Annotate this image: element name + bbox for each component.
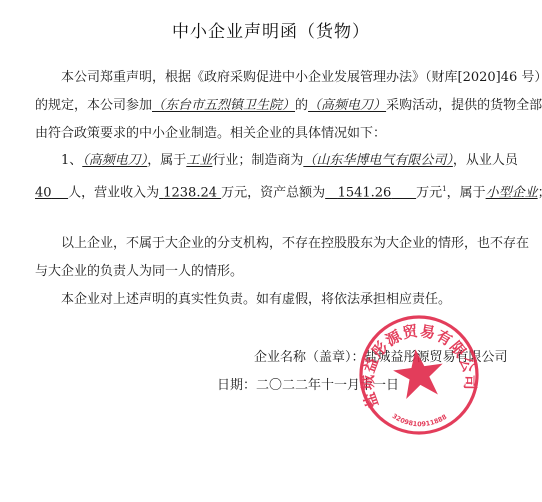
text: 人，营业收入为 bbox=[68, 185, 159, 200]
staff-count: 40 bbox=[35, 185, 68, 200]
assets: 1541.26 bbox=[325, 185, 416, 200]
revenue: 1238.24 bbox=[159, 185, 221, 200]
manufacturer: （山东华博电气有限公司） bbox=[303, 153, 453, 168]
paragraph1-line1: 本公司郑重声明，根据《政府采购促进中小企业发展管理办法》（财库[2020]46 … bbox=[61, 70, 542, 86]
text: 万元 bbox=[416, 185, 442, 200]
text: 的规定，本公司参加 bbox=[35, 98, 152, 113]
company-signature: 企业名称（盖章）：盐城益彤源贸易有限公司 bbox=[254, 350, 508, 366]
company-name: 盐城益彤源贸易有限公司 bbox=[365, 350, 508, 365]
paragraph1-line3: 由符合政策要求的中小企业制造。相关企业的具体情况如下： bbox=[35, 126, 386, 142]
text: ； bbox=[538, 185, 542, 200]
industry: 工业 bbox=[186, 153, 212, 168]
date-label: 日期： bbox=[217, 378, 256, 393]
text: ，属于 bbox=[147, 153, 186, 168]
enterprise-type: 小型企业 bbox=[486, 185, 538, 200]
paragraph1-line2: 的规定，本公司参加（东台市五烈镇卫生院）的（高频电刀）采购活动，提供的货物全部 bbox=[35, 98, 542, 114]
goods-name: （高频电刀） bbox=[82, 153, 147, 168]
company-label: 企业名称（盖章）： bbox=[254, 350, 365, 365]
company-seal-icon: 盐城益彤源贸易有限公司 3209810911888 bbox=[357, 313, 481, 437]
item1-line1: 1、（高频电刀），属于工业行业；制造商为（山东华博电气有限公司），从业人员 bbox=[61, 153, 518, 169]
text: 万元，资产总额为 bbox=[221, 185, 325, 200]
text: 采购活动，提供的货物全部 bbox=[386, 98, 542, 113]
text: ，从业人员 bbox=[453, 153, 518, 168]
item-number: 1、 bbox=[61, 153, 82, 168]
svg-text:3209810911888: 3209810911888 bbox=[391, 412, 449, 428]
date-line: 日期：二〇二二年十一月十一日 bbox=[217, 378, 399, 394]
project-name: （高频电刀） bbox=[308, 98, 386, 113]
text: 行业；制造商为 bbox=[212, 153, 303, 168]
paragraph3: 本企业对上述声明的真实性负责。如有虚假，将依法承担相应责任。 bbox=[61, 292, 451, 308]
date-value: 二〇二二年十一月十一日 bbox=[256, 378, 399, 393]
text: ，属于 bbox=[447, 185, 486, 200]
paragraph2-line1: 以上企业，不属于大企业的分支机构，不存在控股股东为大企业的情形，也不存在 bbox=[61, 236, 529, 252]
page-title: 中小企业声明函（货物） bbox=[0, 17, 542, 42]
item1-line2: 40 人，营业收入为 1238.24 万元，资产总额为 1541.26 万元1，… bbox=[35, 181, 542, 201]
paragraph2-line2: 与大企业的负责人为同一人的情形。 bbox=[35, 264, 243, 280]
purchaser-name: （东台市五烈镇卫生院） bbox=[152, 98, 295, 113]
text: 的 bbox=[295, 98, 308, 113]
